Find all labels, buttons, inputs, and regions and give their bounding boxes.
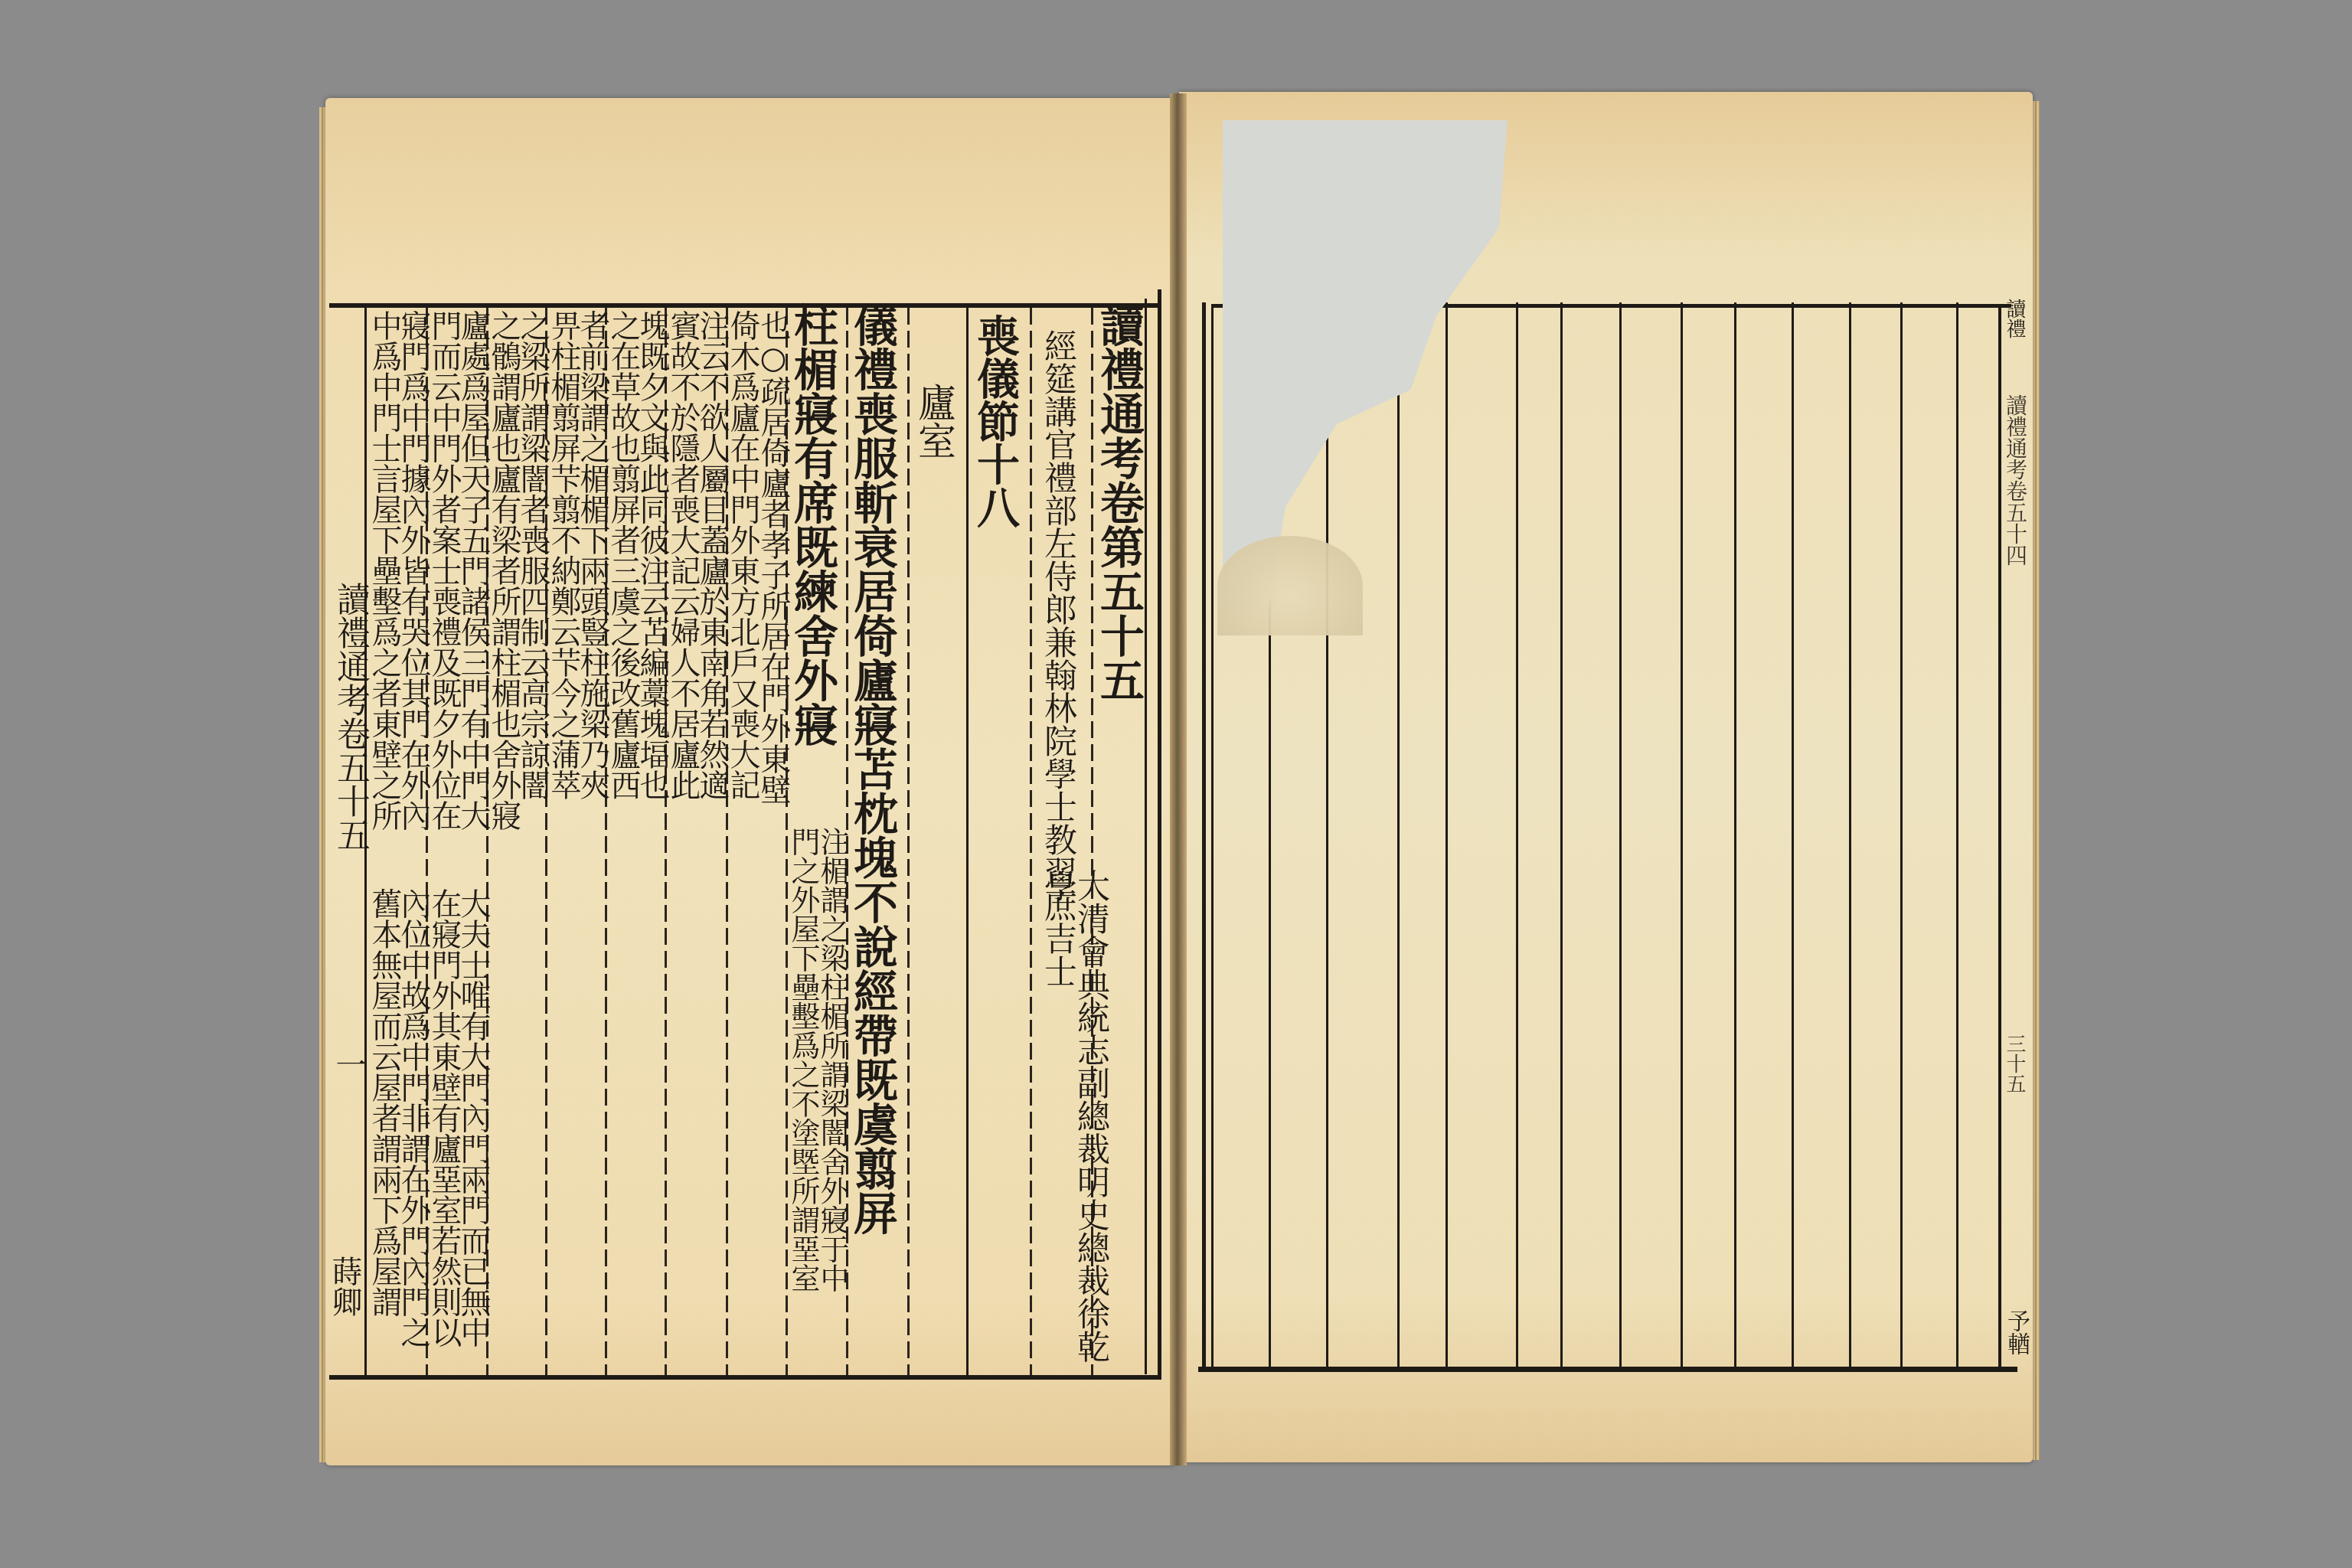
commentary-note: 倚木爲廬在中門外東方北戶又喪大記 xyxy=(727,310,758,1374)
commentary-note: 塊既夕文與此同彼注云苫編藁塊堛也 xyxy=(637,310,668,1374)
commentary-note: 中爲中門士言屋下壘墼爲之者東壁之所 xyxy=(369,310,400,892)
commentary-note: 大夫士唯有大門內門兩門而已無中 xyxy=(458,888,488,1378)
author-line-continued: 大清會典統志副總裁明史總裁徐乾學 xyxy=(1041,869,1107,1390)
right-fold-title-top: 讀禮 xyxy=(2004,299,2024,338)
commentary-note: 賓故不於隱者喪大記云婦人不居廬此 xyxy=(668,310,698,1374)
ruled-line xyxy=(1792,302,1794,1369)
section-heading: 喪儀節十八 xyxy=(974,314,1017,582)
left-frame-inner-rule xyxy=(1145,299,1147,1374)
bottom-carver-mark: 蒔卿 xyxy=(329,1256,360,1317)
commentary-note: 寢門爲中門據內外皆有哭位其門在外內 xyxy=(398,310,429,892)
right-bottom-mark: 予輶 xyxy=(2004,1309,2027,1355)
commentary-note: 廬處爲屋但天子五門諸侯三門有中門大 xyxy=(458,310,488,892)
commentary-note: 者前梁謂之楣楣下兩頭豎柱施梁乃夾 xyxy=(577,310,608,1374)
column-divider xyxy=(907,308,910,1375)
fold-column-title: 讀禮通考卷五十五 xyxy=(333,582,367,903)
ruled-line xyxy=(1516,302,1518,1369)
commentary-note: 注云不欲人屬目蓋廬於東南角若然適 xyxy=(697,310,727,1374)
commentary-note: 內位中故爲中門非謂在外門內門之 xyxy=(398,888,429,1378)
commentary-note: 注楣謂之梁柱楣所謂梁闇舍外寢于中 xyxy=(818,827,847,1378)
commentary-note: 舊本無屋而云屋者謂兩下爲屋謂 xyxy=(369,888,400,1378)
ruled-line xyxy=(1681,302,1683,1369)
commentary-note: 之鶻謂廬也廬有梁者所謂柱楣也舍外寢 xyxy=(488,310,519,1374)
volume-heading: 讀禮通考卷第五十五 xyxy=(1096,302,1141,731)
subsection-heading: 廬室 xyxy=(915,383,953,536)
left-frame-top-rule xyxy=(329,303,1160,308)
commentary-note: 畀柱楣翦屏芐翦不納鄭云芐今之蒲萃 xyxy=(548,310,579,1374)
commentary-note: 之在草故也翦屏者三虞之後改舊廬西 xyxy=(608,310,639,1374)
commentary-note: 門而云中門外者案士喪禮及既夕外位在 xyxy=(429,310,459,892)
column-divider xyxy=(966,308,969,1375)
ruled-line xyxy=(1445,302,1448,1369)
ruled-line xyxy=(1734,302,1736,1369)
ruled-line xyxy=(1269,567,1271,1369)
left-frame-outer-rule xyxy=(1158,289,1161,1380)
column-divider xyxy=(1030,308,1032,1375)
page-number: 一 xyxy=(333,1049,364,1080)
commentary-note: 門之外屋下壘墼爲之不塗塈所謂堊室 xyxy=(789,827,818,1378)
ruled-line xyxy=(1849,302,1851,1369)
ruled-line xyxy=(1397,291,1400,1369)
main-text-line-1: 儀禮喪服斬衰居倚廬寢苫枕塊不說經帶既虞翦屏 xyxy=(850,302,894,1374)
tissue-repair xyxy=(1217,536,1363,635)
commentary-note: 也○疏居倚廬者孝子所居在門外東壁 xyxy=(758,310,789,1374)
right-fold-title: 讀禮通考卷五十四 xyxy=(2004,394,2026,639)
book-gutter xyxy=(1170,93,1187,1465)
right-frame-inner-rule xyxy=(1211,306,1214,1370)
right-fold-border xyxy=(1998,306,2001,1370)
right-frame-bottom-rule xyxy=(1198,1367,2017,1372)
right-frame-outer-rule xyxy=(1202,302,1206,1370)
right-page-number: 三十五 xyxy=(2004,1034,2024,1093)
ruled-line xyxy=(1956,302,1958,1369)
main-text-line-2: 柱楣寢有席既練舍外寢 xyxy=(790,302,835,823)
ruled-line xyxy=(1560,302,1563,1369)
ruled-line xyxy=(1900,302,1903,1369)
ruled-line xyxy=(1619,302,1622,1369)
commentary-note: 之梁所謂梁闇者喪服四制云高宗諒闇 xyxy=(518,310,548,1374)
commentary-note: 在寢門外其東壁有廬堊室若然則以 xyxy=(429,888,459,1378)
